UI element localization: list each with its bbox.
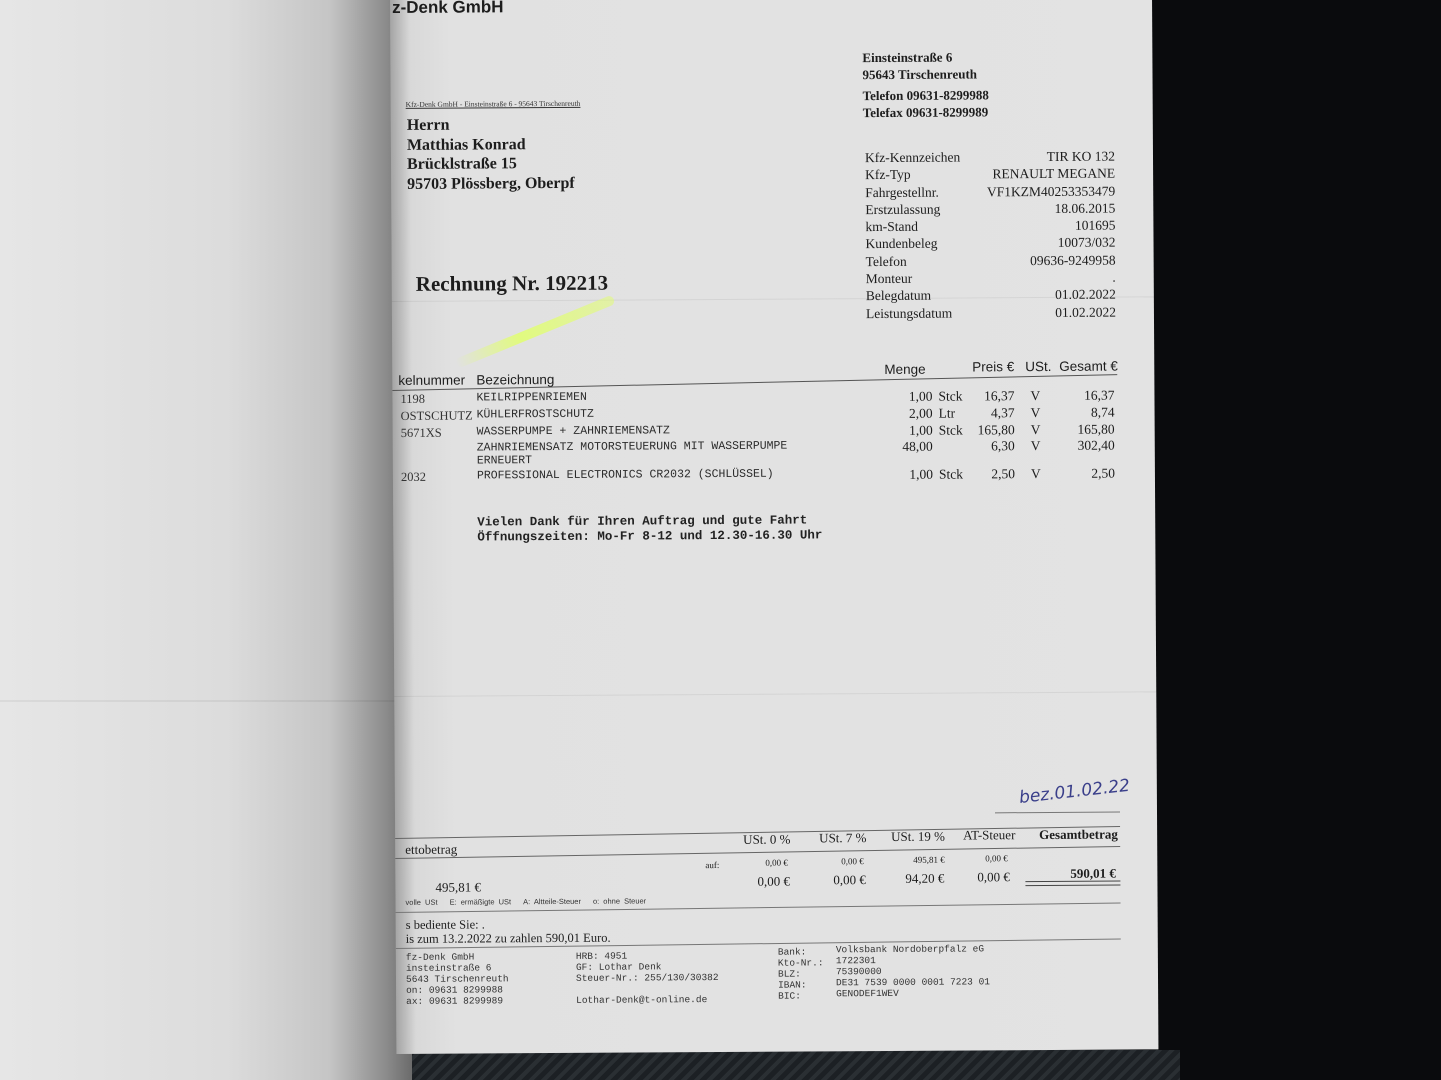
cell-quantity: 1,00 <box>871 467 933 483</box>
vehicle-label: Erstzulassung <box>865 201 940 219</box>
vehicle-value: 01.02.2022 <box>1055 286 1116 304</box>
legend-item: volle USt <box>406 898 438 907</box>
cell-price: 2,50 <box>953 466 1015 482</box>
sender-street: Einsteinstraße 6 <box>862 48 988 66</box>
footer-line: on: 09631 8299988 <box>406 984 509 996</box>
vehicle-row: Telefon09636-9249958 <box>866 251 1116 270</box>
vehicle-label: Leistungsdatum <box>866 304 952 322</box>
vehicle-label: Fahrgestellnr. <box>865 183 939 201</box>
recipient-name: Matthias Konrad <box>407 134 575 155</box>
cell-article: 1198 <box>400 392 425 407</box>
handwritten-paid-note: bez.01.02.22 <box>1018 776 1131 808</box>
cell-total: 2,50 <box>1043 466 1115 482</box>
vehicle-value: TIR KO 132 <box>1047 148 1115 166</box>
cell-article: 2032 <box>401 470 426 485</box>
recipient-city: 95703 Plössberg, Oberpf <box>407 173 575 194</box>
cell-description: WASSERPUMPE + ZAHNRIEMENSATZ <box>477 424 670 438</box>
tax-base-value: 495,81 € <box>913 855 945 865</box>
vehicle-label: Kfz-Kennzeichen <box>865 149 960 167</box>
footer-line: GF: Lothar Denk <box>576 961 719 973</box>
grand-total-value: 590,01 € <box>1070 866 1116 882</box>
return-address-line: Kfz-Denk GmbH - Einsteinstraße 6 - 95643… <box>406 99 581 109</box>
footer-line: BIC: <box>778 990 824 1001</box>
vehicle-value: 101695 <box>1075 217 1116 235</box>
vehicle-row: Belegdatum01.02.2022 <box>866 286 1116 305</box>
vehicle-value: VF1KZM40253353479 <box>987 182 1115 200</box>
items-table-header: kelnummer Bezeichnung Menge Preis € USt.… <box>392 359 1117 363</box>
dark-background <box>1150 0 1441 1080</box>
cell-vat: V <box>1031 466 1041 482</box>
net-amount-label: ettobetrag <box>405 842 457 858</box>
grand-total-label: Gesamtbetrag <box>1039 827 1118 843</box>
sender-city: 95643 Tirschenreuth <box>862 65 988 83</box>
cell-vat: V <box>1031 405 1041 421</box>
tax-amount-value: 0,00 € <box>833 872 866 888</box>
footer-line: insteinstraße 6 <box>406 962 509 974</box>
recipient-address: Herrn Matthias Konrad Brücklstraße 15 95… <box>407 115 575 194</box>
cell-total: 165,80 <box>1043 422 1115 438</box>
footer-line: Bank: <box>778 946 824 957</box>
cell-description: PROFESSIONAL ELECTRONICS CR2032 (SCHLÜSS… <box>477 468 774 483</box>
footer-line: Kto-Nr.: <box>778 957 824 968</box>
legend-item: o: ohne Steuer <box>593 896 646 905</box>
cell-price: 165,80 <box>953 422 1015 438</box>
footer-line <box>576 983 719 995</box>
header-price: Preis € <box>972 359 1014 374</box>
sender-address: Einsteinstraße 6 95643 Tirschenreuth Tel… <box>862 48 989 121</box>
cell-price: 4,37 <box>953 405 1015 421</box>
footer-bank-labels: Bank:Kto-Nr.:BLZ:IBAN:BIC: <box>778 946 824 1001</box>
vehicle-value: 09636-9249958 <box>1030 251 1116 269</box>
vehicle-label: Belegdatum <box>866 287 931 305</box>
company-name: z-Denk GmbH <box>392 0 504 18</box>
header-description: Bezeichnung <box>476 372 554 387</box>
recipient-salutation: Herrn <box>407 115 575 136</box>
tax-column-label: USt. 19 % <box>891 829 945 845</box>
note-line-2: Öffnungszeiten: Mo-Fr 8-12 und 12.30-16.… <box>477 528 822 545</box>
cell-vat: V <box>1030 388 1040 404</box>
footer-line: Lothar-Denk@t-online.de <box>576 994 719 1006</box>
vehicle-details: Kfz-KennzeichenTIR KO 132Kfz-TypRENAULT … <box>865 148 1116 322</box>
net-amount-value: 495,81 € <box>435 879 481 895</box>
vehicle-row: Erstzulassung18.06.2015 <box>865 199 1115 218</box>
cell-article: OSTSCHUTZ <box>401 409 473 424</box>
footer-line: Steuer-Nr.: 255/130/30382 <box>576 972 719 984</box>
cell-total: 16,37 <box>1042 388 1114 404</box>
vehicle-label: km-Stand <box>865 218 918 236</box>
cell-vat: V <box>1031 422 1041 438</box>
payment-info: s bediente Sie: . is zum 13.2.2022 zu za… <box>406 917 611 946</box>
vehicle-value: 18.06.2015 <box>1055 199 1116 217</box>
base-label: auf: <box>705 860 719 870</box>
tax-base-value: 0,00 € <box>841 856 864 866</box>
footer-line: IBAN: <box>778 979 824 990</box>
header-total: Gesamt € <box>1059 359 1118 374</box>
binder-cover <box>380 1050 1180 1080</box>
vehicle-row: Monteur. <box>866 269 1116 288</box>
tax-base-value: 0,00 € <box>765 858 788 868</box>
cell-description: KÜHLERFROSTSCHUTZ <box>477 408 594 422</box>
vehicle-label: Kundenbeleg <box>865 235 937 253</box>
tax-column-label: USt. 7 % <box>819 830 866 846</box>
vehicle-value: RENAULT MEGANE <box>992 165 1115 183</box>
footer-line: BLZ: <box>778 968 824 979</box>
footer-registration: HRB: 4951GF: Lothar DenkSteuer-Nr.: 255/… <box>576 950 719 1006</box>
cell-price: 16,37 <box>952 388 1014 404</box>
vehicle-row: Fahrgestellnr.VF1KZM40253353479 <box>865 182 1115 201</box>
legend-item: A: Altteile-Steuer <box>523 897 581 906</box>
tax-amount-value: 0,00 € <box>977 869 1010 885</box>
vehicle-row: km-Stand101695 <box>865 217 1115 236</box>
vehicle-value: . <box>1112 269 1115 286</box>
footer-bank-values: Volksbank Nordoberpfalz eG17223017539000… <box>836 943 990 999</box>
tax-column-label: USt. 0 % <box>743 832 790 848</box>
vat-legend: volle UStE: ermäßigte UStA: Altteile-Ste… <box>406 896 659 907</box>
footer-line: Volksbank Nordoberpfalz eG <box>836 943 990 955</box>
cell-quantity: 1,00 <box>870 389 932 405</box>
vehicle-label: Kfz-Typ <box>865 166 911 184</box>
vehicle-label: Monteur <box>866 270 913 288</box>
cell-quantity: 2,00 <box>871 406 933 422</box>
header-quantity: Menge <box>884 362 925 377</box>
footer-line: 5643 Tirschenreuth <box>406 973 509 985</box>
highlighter-mark <box>455 295 616 369</box>
recipient-street: Brücklstraße 15 <box>407 154 575 175</box>
sender-fax: Telefax 09631-8299989 <box>863 103 989 121</box>
payment-due: is zum 13.2.2022 zu zahlen 590,01 Euro. <box>406 931 611 946</box>
vehicle-row: Kundenbeleg10073/032 <box>865 234 1115 253</box>
header-vat: USt. <box>1025 359 1051 374</box>
left-blank-page <box>0 0 412 1080</box>
invoice-title: Rechnung Nr. 192213 <box>416 271 608 297</box>
vehicle-value: 01.02.2022 <box>1055 303 1116 321</box>
vehicle-row: Leistungsdatum01.02.2022 <box>866 303 1116 322</box>
served-by: s bediente Sie: . <box>406 917 611 932</box>
invoice-sheet: z-Denk GmbH Kfz-Denk GmbH - Einsteinstra… <box>390 0 1158 1054</box>
cell-description: ERNEUERT <box>477 454 532 467</box>
footer-company: fz-Denk GmbHinsteinstraße 65643 Tirschen… <box>406 951 509 1007</box>
footer-line: fz-Denk GmbH <box>406 951 509 963</box>
table-row: 2032PROFESSIONAL ELECTRONICS CR2032 (SCH… <box>393 466 1118 487</box>
footer-line: DE31 7539 0000 0001 7223 01 <box>836 976 990 988</box>
vehicle-value: 10073/032 <box>1058 234 1116 252</box>
vehicle-row: Kfz-KennzeichenTIR KO 132 <box>865 148 1115 167</box>
footer-line: HRB: 4951 <box>576 950 719 962</box>
tax-column-label: AT-Steuer <box>963 827 1015 843</box>
vehicle-label: Telefon <box>866 253 907 271</box>
thank-you-note: Vielen Dank für Ihren Auftrag und gute F… <box>477 513 822 545</box>
footer-line: GENODEF1WEV <box>836 987 990 999</box>
cell-total: 8,74 <box>1043 405 1115 421</box>
legend-item: E: ermäßigte USt <box>450 897 512 906</box>
header-article-number: kelnummer <box>398 373 465 388</box>
cell-quantity: 1,00 <box>871 423 933 439</box>
vehicle-row: Kfz-TypRENAULT MEGANE <box>865 165 1115 184</box>
sender-phone: Telefon 09631-8299988 <box>863 86 989 104</box>
cell-description: KEILRIPPENRIEMEN <box>476 391 586 405</box>
tax-base-value: 0,00 € <box>985 853 1008 863</box>
cell-article: 5671XS <box>401 426 442 441</box>
tax-amount-value: 94,20 € <box>905 871 944 887</box>
footer-line: ax: 09631 8299989 <box>406 995 509 1007</box>
tax-amount-value: 0,00 € <box>757 874 790 890</box>
